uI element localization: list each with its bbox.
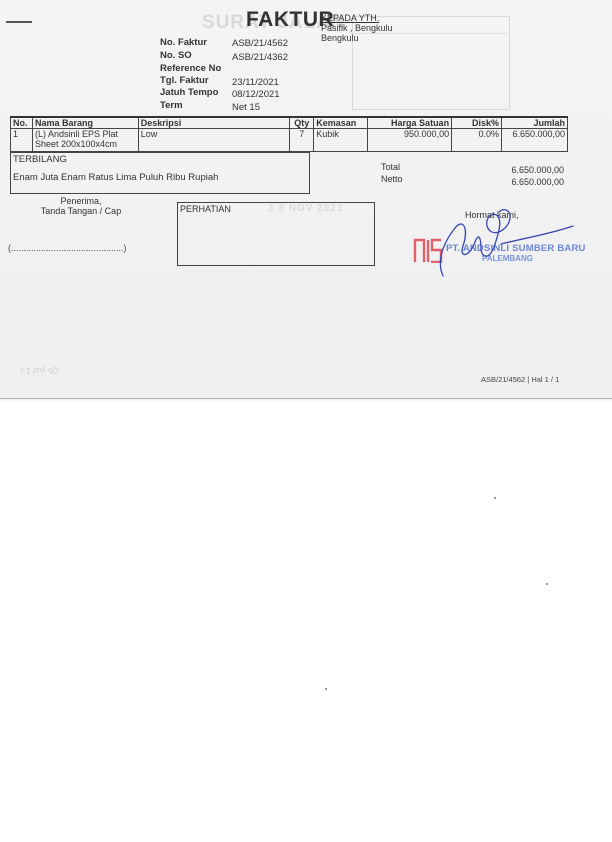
- amount-in-words-label: TERBILANG: [13, 154, 67, 165]
- total-value: 6.650.000,00: [511, 165, 564, 175]
- speck: [494, 497, 496, 499]
- cell-packaging: Kubik: [314, 129, 368, 152]
- signature-icon: [425, 198, 575, 280]
- meta-value-due-date: 08/12/2021: [232, 89, 280, 100]
- items-table: No. Nama Barang Deskripsi Qty Kemasan Ha…: [10, 116, 568, 152]
- table-row: 1 (L) Andsinli EPS Plat Sheet 200x100x4c…: [11, 129, 568, 152]
- meta-value-so-no: ASB/21/4362: [232, 52, 288, 63]
- col-header-packaging: Kemasan: [314, 117, 368, 129]
- col-header-description: Deskripsi: [138, 117, 290, 129]
- ghost-date-stamp: 2 3 NOV 2021: [268, 203, 343, 214]
- receiver-line2: Tanda Tangan / Cap: [36, 206, 126, 216]
- punch-mark: [6, 21, 32, 23]
- cell-discount: 0.0%: [452, 129, 502, 152]
- table-header-row: No. Nama Barang Deskripsi Qty Kemasan Ha…: [11, 117, 568, 129]
- netto-value: 6.650.000,00: [511, 177, 564, 187]
- cell-no: 1: [11, 129, 33, 152]
- receiver-line1: Penerima,: [36, 196, 126, 206]
- receiver-block: Penerima, Tanda Tangan / Cap: [36, 196, 126, 216]
- speck: [325, 688, 327, 690]
- cell-amount: 6.650.000,00: [501, 129, 567, 152]
- meta-label-reference-no: Reference No: [160, 63, 221, 74]
- recipient-line: Pasifik , Bengkulu: [321, 23, 393, 33]
- meta-label-invoice-date: Tgl. Faktur: [160, 75, 209, 86]
- recipient-line: Bengkulu: [321, 33, 359, 43]
- cell-qty: 7: [290, 129, 314, 152]
- netto-label: Netto: [381, 174, 403, 184]
- col-header-no: No.: [11, 117, 33, 129]
- receiver-signature-line: (.......................................…: [8, 243, 127, 253]
- cell-item-name: (L) Andsinli EPS Plat Sheet 200x100x4cm: [32, 129, 138, 152]
- col-header-item-name: Nama Barang: [32, 117, 138, 129]
- recipient-label: KEPADA YTH.: [321, 13, 379, 23]
- cell-unit-price: 950.000,00: [368, 129, 452, 152]
- handwritten-note: Qb yud 1 x: [20, 366, 59, 375]
- speck: [546, 583, 548, 585]
- col-header-unit-price: Harga Satuan: [368, 117, 452, 129]
- footer-reference: ASB/21/4562 | Hal 1 / 1: [481, 375, 559, 384]
- ghost-divider: [352, 33, 508, 34]
- cell-description: Low: [138, 129, 290, 152]
- meta-label-due-date: Jatuh Tempo: [160, 87, 218, 98]
- meta-label-so-no: No. SO: [160, 50, 192, 61]
- meta-value-invoice-date: 23/11/2021: [232, 77, 279, 88]
- col-header-discount: Disk%: [452, 117, 502, 129]
- meta-value-term: Net 15: [232, 102, 260, 113]
- notes-label: PERHATIAN: [180, 204, 231, 214]
- meta-label-invoice-no: No. Faktur: [160, 37, 207, 48]
- total-label: Total: [381, 162, 400, 172]
- meta-label-term: Term: [160, 100, 183, 111]
- page-edge-shadow: [0, 398, 612, 402]
- amount-in-words-text: Enam Juta Enam Ratus Lima Puluh Ribu Rup…: [13, 172, 218, 183]
- col-header-amount: Jumlah: [501, 117, 567, 129]
- col-header-qty: Qty: [290, 117, 314, 129]
- meta-value-invoice-no: ASB/21/4562: [232, 38, 288, 49]
